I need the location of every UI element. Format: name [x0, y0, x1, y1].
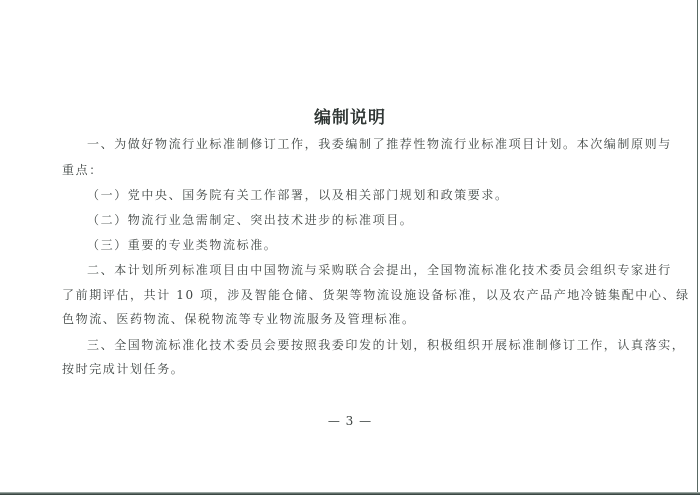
principle-item-2: （二）物流行业急需制定、突出技术进步的标准项目。 [87, 211, 413, 228]
paragraph-3-line-2: 按时完成计划任务。 [62, 360, 184, 377]
paragraph-3-line-1: 三、全国物流标准化技术委员会要按照我委印发的计划，积极组织开展标准制修订工作，认… [87, 336, 685, 353]
document-title: 编制说明 [0, 103, 700, 128]
paragraph-2-line-2: 了前期评估，共计 10 项，涉及智能仓储、货架等物流设施设备标准，以及农产品产地… [62, 286, 690, 303]
principle-item-3: （三）重要的专业类物流标准。 [87, 236, 277, 253]
paragraph-1-line-1: 一、为做好物流行业标准制修订工作，我委编制了推荐性物流行业标准项目计划。本次编制… [87, 135, 672, 152]
scan-edge-right [697, 0, 698, 493]
document-page: 编制说明 一、为做好物流行业标准制修订工作，我委编制了推荐性物流行业标准项目计划… [0, 0, 700, 495]
page-number: — 3 — [0, 414, 700, 428]
paragraph-1-line-2: 重点： [62, 161, 103, 178]
paragraph-2-line-3: 色物流、医药物流、保税物流等专业物流服务及管理标准。 [62, 310, 416, 327]
paragraph-2-line-1: 二、本计划所列标准项目由中国物流与采购联合会提出，全国物流标准化技术委员会组织专… [87, 261, 672, 278]
principle-item-1: （一）党中央、国务院有关工作部署，以及相关部门规划和政策要求。 [87, 186, 509, 203]
